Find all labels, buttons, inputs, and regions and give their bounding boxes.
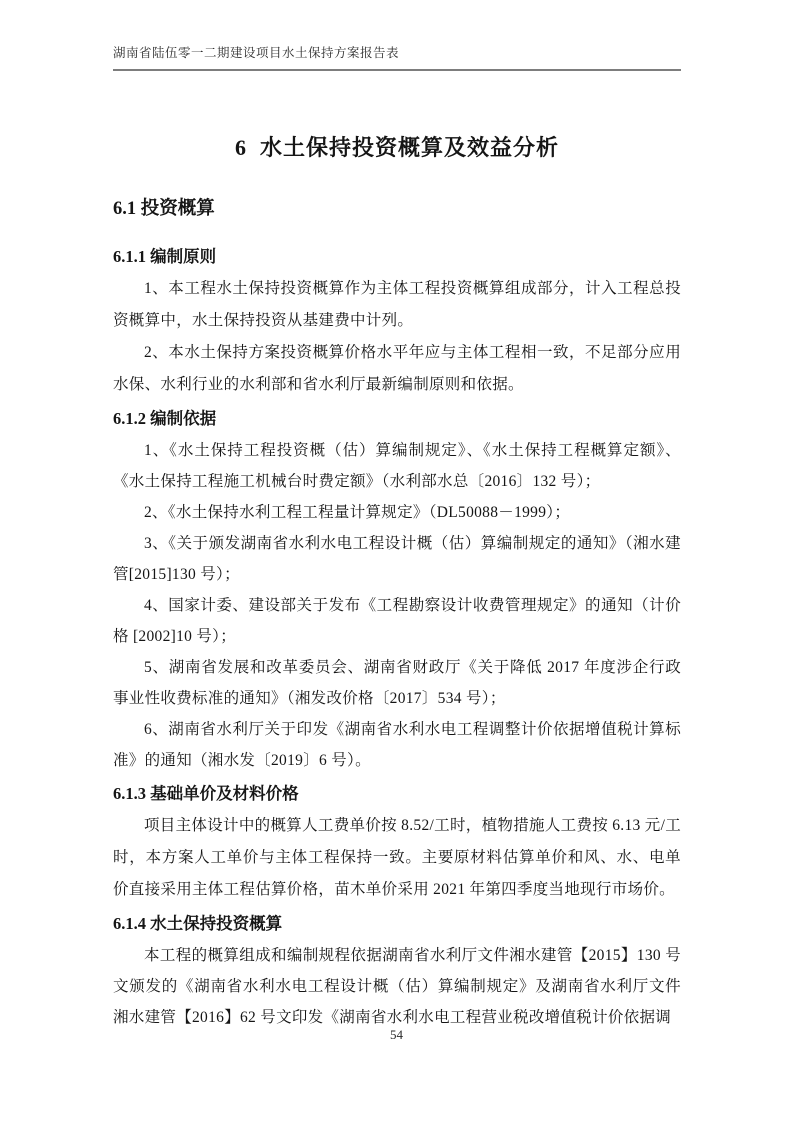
paragraph-principle-2: 2、本水土保持方案投资概算价格水平年应与主体工程相一致，不足部分应用水保、水利行… [113, 337, 681, 401]
running-header: 湖南省陆伍零一二期建设项目水土保持方案报告表 [113, 44, 681, 71]
running-header-text: 湖南省陆伍零一二期建设项目水土保持方案报告表 [113, 44, 681, 62]
reference-item-3: 3、《关于颁发湖南省水利水电工程设计概（估）算编制规定的通知》（湘水建管[201… [113, 528, 681, 590]
reference-item-6: 6、湖南省水利厅关于印发《湖南省水利水电工程调整计价依据增值税计算标准》的通知（… [113, 714, 681, 776]
paragraph-principle-1: 1、本工程水土保持投资概算作为主体工程投资概算组成部分，计入工程总投资概算中，水… [113, 273, 681, 337]
reference-item-2: 2、《水土保持水利工程工程量计算规定》（DL50088－1999）； [113, 497, 681, 528]
section-heading-6-1-1: 6.1.1 编制原则 [113, 241, 681, 273]
page-number: 54 [390, 1027, 403, 1042]
section-heading-6-1-4: 6.1.4 水土保持投资概算 [113, 908, 681, 940]
reference-item-4: 4、国家计委、建设部关于发布《工程勘察设计收费管理规定》的通知（计价格 [200… [113, 590, 681, 652]
chapter-title: 6 水土保持投资概算及效益分析 [113, 129, 681, 167]
paragraph-estimate-basis: 本工程的概算组成和编制规程依据湖南省水利厅文件湘水建管【2015】130 号文颁… [113, 940, 681, 1033]
reference-item-1: 1、《水土保持工程投资概（估）算编制规定》、《水土保持工程概算定额》、《水土保持… [113, 435, 681, 497]
document-page: 湖南省陆伍零一二期建设项目水土保持方案报告表 6 水土保持投资概算及效益分析 6… [0, 0, 793, 1122]
section-heading-6-1-3: 6.1.3 基础单价及材料价格 [113, 778, 681, 810]
paragraph-unit-prices: 项目主体设计中的概算人工费单价按 8.52/工时，植物措施人工费按 6.13 元… [113, 810, 681, 906]
page-footer: 54 [0, 1026, 793, 1044]
section-heading-6-1-2: 6.1.2 编制依据 [113, 403, 681, 435]
section-heading-6-1: 6.1 投资概算 [113, 195, 681, 223]
reference-item-5: 5、湖南省发展和改革委员会、湖南省财政厅《关于降低 2017 年度涉企行政事业性… [113, 652, 681, 714]
